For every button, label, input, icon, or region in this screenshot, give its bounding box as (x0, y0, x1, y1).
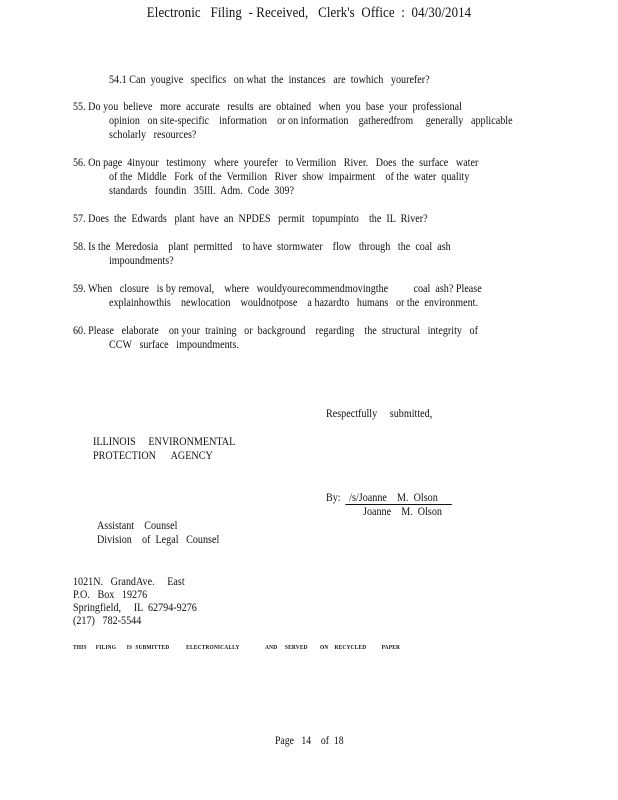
filing-header: Electronic Filing - Received, Clerk's Of… (43, 5, 574, 22)
question-59-line-2: explainhowthis newlocation wouldnotpose … (109, 296, 478, 311)
question-57: 57. Does the Edwards plant have an NPDES… (73, 212, 428, 227)
question-54-1: 54.1 Can yougive specifics on what the i… (109, 73, 430, 88)
address-phone: (217) 782-5544 (73, 614, 141, 629)
question-55-line-1: 55. Do you believe more accurate results… (73, 100, 462, 115)
question-56-line-1: 56. On page 4inyour testimony where your… (73, 156, 478, 171)
question-56-line-2: of the Middle Fork of the Vermilion Rive… (109, 170, 469, 185)
question-56-line-3: standards foundin 35Ill. Adm. Code 309? (109, 184, 294, 199)
agency-name-line-2: PROTECTION AGENCY (93, 449, 213, 464)
signature-block: By: /s/Joanne M. Olson (326, 491, 452, 506)
question-55-line-2: opinion on site-specific information or … (109, 114, 513, 129)
question-60-line-1: 60. Please elaborate on your training or… (73, 324, 478, 339)
signature-line: /s/Joanne M. Olson (346, 492, 452, 505)
question-59-line-1: 59. When closure is by removal, where wo… (73, 282, 482, 297)
signer-title-line-2: Division of Legal Counsel (97, 533, 219, 548)
agency-name-line-1: ILLINOIS ENVIRONMENTAL (93, 435, 235, 450)
signer-title-line-1: Assistant Counsel (97, 519, 177, 534)
recycled-paper-notice: THIS FILING IS SUBMITTED ELECTRONICALLY … (73, 645, 400, 651)
question-55-line-3: scholarly resources? (109, 128, 196, 143)
page-number: Page 14 of 18 (275, 735, 344, 747)
question-58-line-1: 58. Is the Meredosia plant permitted to … (73, 240, 451, 255)
by-label: By: (326, 492, 341, 504)
signer-name: Joanne M. Olson (363, 505, 442, 520)
respectfully-submitted: Respectfully submitted, (326, 407, 432, 422)
question-60-line-2: CCW surface impoundments. (109, 338, 239, 353)
question-58-line-2: impoundments? (109, 254, 174, 269)
